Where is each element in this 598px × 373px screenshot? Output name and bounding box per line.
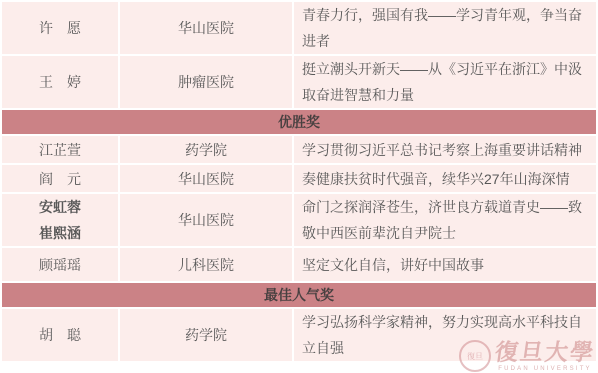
section-header-popularity-award: 最佳人气奖 (2, 283, 596, 307)
table-row: 阎 元 华山医院 奏健康扶贫时代强音，续华兴27年山海深情 (2, 165, 596, 192)
work-title: 坚定文化自信，讲好中国故事 (294, 248, 596, 281)
table-row: 顾瑶瑶 儿科医院 坚定文化自信，讲好中国故事 (2, 248, 596, 281)
table-row: 许 愿 华山医院 青春力行，强国有我——学习青年观，争当奋进者 (2, 2, 596, 54)
winner-name: 顾瑶瑶 (2, 248, 118, 281)
table-row: 江芷萱 药学院 学习贯彻习近平总书记考察上海重要讲话精神 (2, 136, 596, 163)
winner-name: 王 婷 (2, 56, 118, 108)
work-title: 挺立潮头开新天——从《习近平在浙江》中汲取奋进智慧和力量 (294, 56, 596, 108)
awards-table: 许 愿 华山医院 青春力行，强国有我——学习青年观，争当奋进者 王 婷 肿瘤医院… (0, 0, 598, 363)
winner-unit: 华山医院 (120, 165, 292, 192)
winner-name: 许 愿 (2, 2, 118, 54)
winner-unit: 华山医院 (120, 2, 292, 54)
winner-name: 胡 聪 (2, 309, 118, 361)
winner-unit: 药学院 (120, 136, 292, 163)
table-row: 王 婷 肿瘤医院 挺立潮头开新天——从《习近平在浙江》中汲取奋进智慧和力量 (2, 56, 596, 108)
section-header-winning-prize: 优胜奖 (2, 110, 596, 134)
section-header-row: 优胜奖 (2, 110, 596, 134)
watermark-english: FUDAN UNIVERSITY (498, 366, 592, 372)
award-list-page: 许 愿 华山医院 青春力行，强国有我——学习青年观，争当奋进者 王 婷 肿瘤医院… (0, 0, 598, 373)
work-title: 命门之探润泽苍生，济世良方载道青史——致敬中西医前辈沈自尹院士 (294, 194, 596, 246)
work-title: 学习弘扬科学家精神，努力实现高水平科技自立自强 (294, 309, 596, 361)
table-row: 安虹蓉 崔熙涵 华山医院 命门之探润泽苍生，济世良方载道青史——致敬中西医前辈沈… (2, 194, 596, 246)
winner-unit: 华山医院 (120, 194, 292, 246)
section-header-row: 最佳人气奖 (2, 283, 596, 307)
table-row: 胡 聪 药学院 学习弘扬科学家精神，努力实现高水平科技自立自强 (2, 309, 596, 361)
work-title: 青春力行，强国有我——学习青年观，争当奋进者 (294, 2, 596, 54)
winner-name: 阎 元 (2, 165, 118, 192)
winner-name: 江芷萱 (2, 136, 118, 163)
winner-name: 安虹蓉 崔熙涵 (2, 194, 118, 246)
winner-unit: 儿科医院 (120, 248, 292, 281)
winner-unit: 药学院 (120, 309, 292, 361)
winner-unit: 肿瘤医院 (120, 56, 292, 108)
work-title: 奏健康扶贫时代强音，续华兴27年山海深情 (294, 165, 596, 192)
work-title: 学习贯彻习近平总书记考察上海重要讲话精神 (294, 136, 596, 163)
